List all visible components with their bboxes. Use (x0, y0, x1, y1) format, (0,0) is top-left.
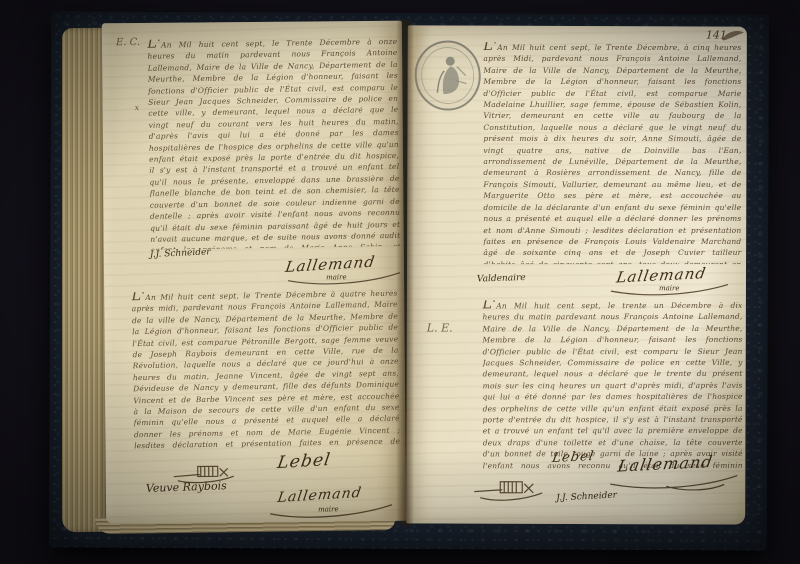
signature-lebel: Lebel (276, 450, 332, 473)
act-text-anne-simouti: L'An Mil huit cent sept, le Trente Décem… (483, 42, 741, 264)
book-gutter-shadow (396, 20, 414, 526)
signature-veuve-raybois: Veuve Raybois (146, 479, 227, 495)
signature-valdenaire: Valdenaire (477, 273, 526, 285)
margin-mark: x (135, 103, 140, 112)
page-number-flourish (720, 28, 746, 42)
signature-flourish (606, 472, 741, 490)
left-page: E. C. x L'An Mil huit cent sept, le Tren… (102, 21, 406, 524)
right-page: 141 L'An Mil huit cent sept, le Trente D… (406, 25, 747, 524)
photo-of-open-register: E. C. x L'An Mil huit cent sept, le Tren… (0, 0, 800, 564)
signature-schneider: J.J. Schneider (150, 247, 211, 260)
page-stack-edge-left (62, 28, 108, 532)
act-text-marie-eugenie-vincent: L'An Mil huit cent sept, le Trente Décem… (131, 288, 400, 453)
margin-annotation: E. C. (116, 37, 140, 48)
margin-annotation: L. E. (427, 321, 453, 334)
act-text-marie-anne-sabin: L'An Mil huit cent sept, le Trente Décem… (147, 36, 400, 250)
official-seal-stamp (408, 34, 487, 117)
signature-flourish (266, 501, 396, 520)
act-text-cecile-silvestre: L'An Mil huit cent sept, le trente un Dé… (482, 300, 742, 468)
signature-lebel: Lebel (551, 449, 595, 466)
signature-flourish (284, 270, 404, 287)
witness-mark-bernard (472, 478, 548, 504)
signature-flourish (607, 281, 732, 297)
signature-schneider: J.J. Schneider (556, 491, 617, 504)
